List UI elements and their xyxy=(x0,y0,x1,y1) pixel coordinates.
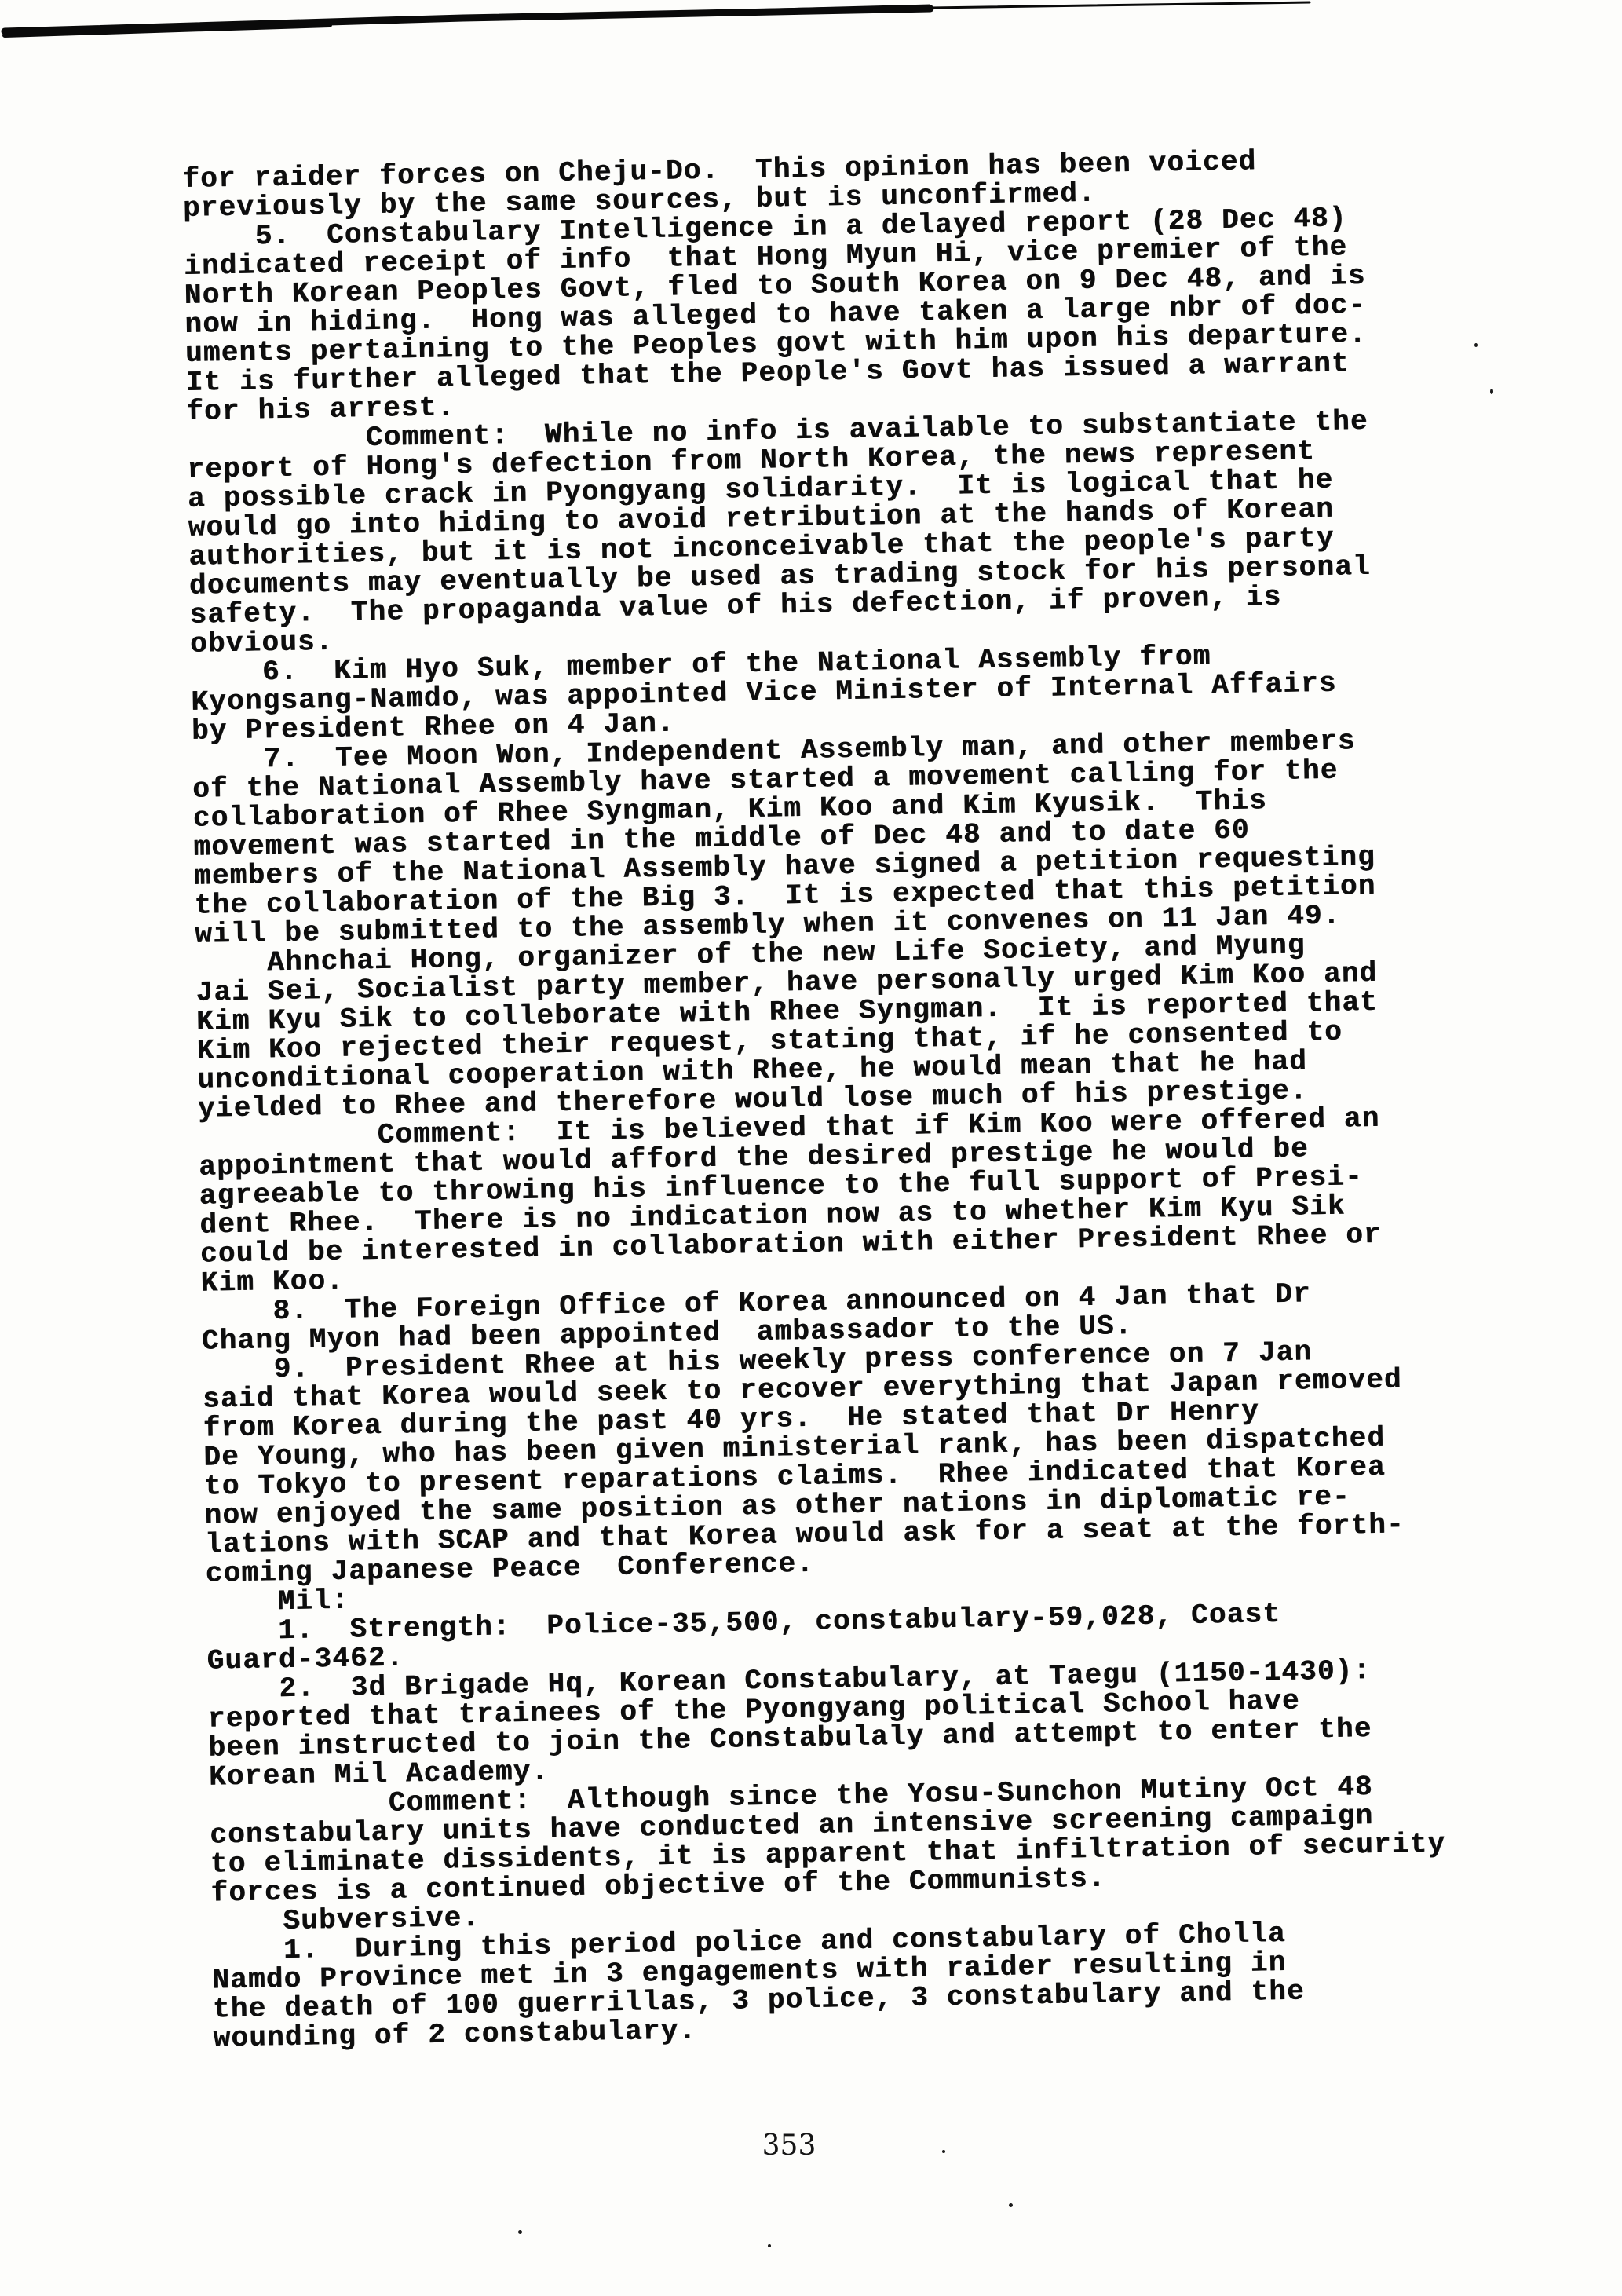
scan-speck xyxy=(1490,389,1493,394)
scan-speck xyxy=(768,2244,771,2247)
scan-speck xyxy=(518,2230,522,2234)
document-body: for raider forces on Cheju-Do. This opin… xyxy=(182,144,1448,2053)
scan-speck xyxy=(1474,343,1478,347)
scanned-document-page: for raider forces on Cheju-Do. This opin… xyxy=(0,0,1622,2296)
scan-streak-artifact xyxy=(0,0,1622,55)
page-number: 353 xyxy=(0,2130,1600,2162)
scan-speck xyxy=(1009,2203,1013,2207)
scan-speck xyxy=(942,2150,945,2153)
